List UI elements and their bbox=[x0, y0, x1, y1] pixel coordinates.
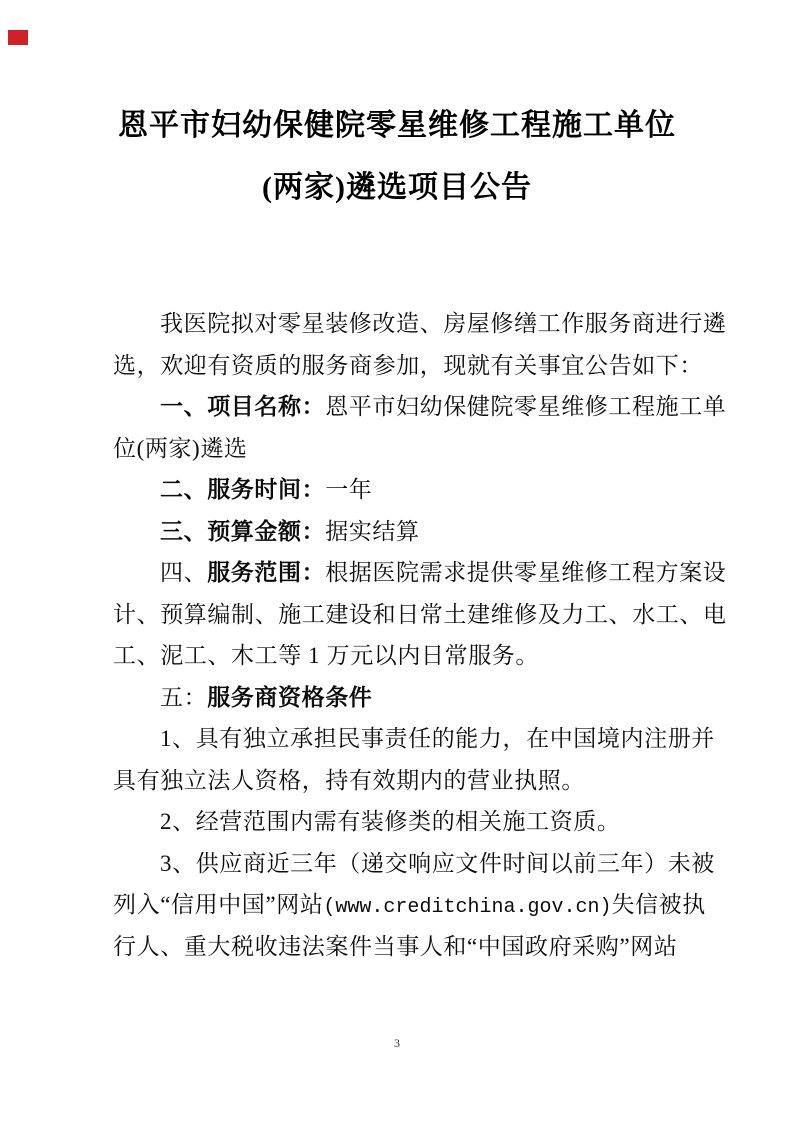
body-line: 工、泥工、木工等 1 万元以内日常服务。 bbox=[113, 635, 680, 677]
body-line: 三、预算金额：据实结算 bbox=[113, 511, 680, 553]
title-line: 恩平市妇幼保健院零星维修工程施工单位 bbox=[60, 95, 734, 157]
text-segment: 根据医院需求提供零星维修工程方案设 bbox=[325, 560, 726, 585]
document-title: 恩平市妇幼保健院零星维修工程施工单位(两家)遴选项目公告 bbox=[60, 95, 734, 219]
text-segment: 行人、重大税收违法案件当事人和“中国政府采购”网站 bbox=[113, 934, 677, 959]
body-line: 计、预算编制、施工建设和日常土建维修及力工、水工、电 bbox=[113, 594, 680, 636]
body-line: 具有独立法人资格，持有效期内的营业执照。 bbox=[113, 760, 680, 802]
body-line: 行人、重大税收违法案件当事人和“中国政府采购”网站 bbox=[113, 926, 680, 968]
text-segment: 五： bbox=[160, 685, 207, 710]
text-segment: 选，欢迎有资质的服务商参加，现就有关事宜公告如下： bbox=[113, 353, 703, 378]
text-segment: 位(两家)遴选 bbox=[113, 436, 248, 461]
text-segment: 3、供应商近三年（递交响应文件时间以前三年）未被 bbox=[160, 851, 715, 876]
body-line: 位(两家)遴选 bbox=[113, 428, 680, 470]
text-segment: 三、预算金额： bbox=[160, 519, 325, 544]
text-segment: 失信被执 bbox=[611, 892, 705, 917]
text-segment: 恩平市妇幼保健院零星维修工程施工单 bbox=[325, 394, 726, 419]
text-segment: 我医院拟对零星装修改造、房屋修缮工作服务商进行遴 bbox=[160, 311, 726, 336]
page-number: 3 bbox=[0, 1036, 794, 1051]
text-segment: 四、 bbox=[160, 560, 207, 585]
body-line: 列入“信用中国”网站(www.creditchina.gov.cn)失信被执 bbox=[113, 884, 680, 926]
text-segment: 一年 bbox=[325, 477, 372, 502]
document-body: 我医院拟对零星装修改造、房屋修缮工作服务商进行遴选，欢迎有资质的服务商参加，现就… bbox=[113, 303, 680, 967]
body-line: 五：服务商资格条件 bbox=[113, 677, 680, 719]
text-segment: 具有独立法人资格，持有效期内的营业执照。 bbox=[113, 768, 585, 793]
body-line: 2、经营范围内需有装修类的相关施工资质。 bbox=[113, 801, 680, 843]
body-line: 选，欢迎有资质的服务商参加，现就有关事宜公告如下： bbox=[113, 345, 680, 387]
text-segment: 列入“信用中国”网站 bbox=[113, 892, 323, 917]
body-line: 我医院拟对零星装修改造、房屋修缮工作服务商进行遴 bbox=[113, 303, 680, 345]
text-segment: 二、服务时间： bbox=[160, 477, 325, 502]
text-segment: 2、经营范围内需有装修类的相关施工资质。 bbox=[160, 809, 621, 834]
text-segment: 据实结算 bbox=[325, 519, 419, 544]
text-segment: 一、项目名称： bbox=[160, 394, 325, 419]
body-line: 四、服务范围：根据医院需求提供零星维修工程方案设 bbox=[113, 552, 680, 594]
text-segment: 服务商资格条件 bbox=[207, 685, 372, 710]
body-line: 1、具有独立承担民事责任的能力，在中国境内注册并 bbox=[113, 718, 680, 760]
document-page: 恩平市妇幼保健院零星维修工程施工单位(两家)遴选项目公告 我医院拟对零星装修改造… bbox=[0, 0, 794, 1123]
text-segment: 服务范围： bbox=[207, 560, 325, 585]
body-line: 3、供应商近三年（递交响应文件时间以前三年）未被 bbox=[113, 843, 680, 885]
body-line: 一、项目名称：恩平市妇幼保健院零星维修工程施工单 bbox=[113, 386, 680, 428]
red-corner-mark bbox=[8, 30, 28, 45]
text-segment: (www.creditchina.gov.cn) bbox=[323, 896, 611, 919]
body-line: 二、服务时间：一年 bbox=[113, 469, 680, 511]
text-segment: 计、预算编制、施工建设和日常土建维修及力工、水工、电 bbox=[113, 602, 727, 627]
text-segment: 工、泥工、木工等 1 万元以内日常服务。 bbox=[113, 643, 539, 668]
text-segment: 1、具有独立承担民事责任的能力，在中国境内注册并 bbox=[160, 726, 715, 751]
title-line: (两家)遴选项目公告 bbox=[60, 157, 734, 219]
